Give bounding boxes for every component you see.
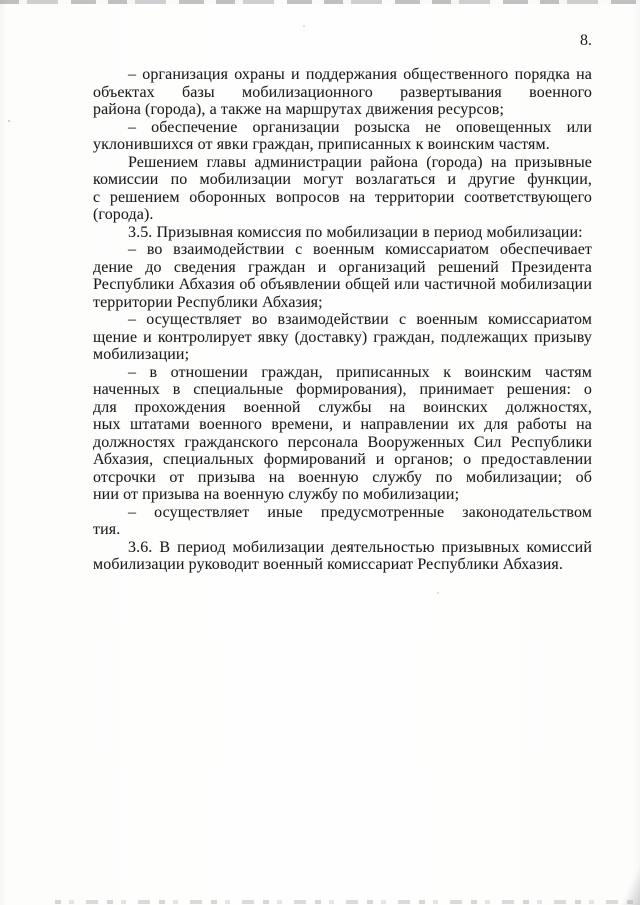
paragraph-bullet-notification: – во взаимодействии с военным комиссариа…: [93, 241, 592, 311]
scan-artifact-bottom-edge: [55, 900, 640, 904]
page-number: 8.: [93, 32, 592, 50]
text-line: – организация охраны и поддержания общес…: [93, 66, 592, 84]
text-line: 3.5. Призывная комиссия по мобилизации в…: [93, 224, 592, 242]
text-line: Решением главы администрации района (гор…: [93, 154, 592, 172]
text-line: тия.: [93, 521, 592, 539]
paragraph-section-3-5: 3.5. Призывная комиссия по мобилизации в…: [93, 224, 592, 242]
text-line: мобилизации;: [93, 346, 592, 364]
text-line: наченных в специальные формирования), пр…: [93, 381, 592, 399]
text-line: – обеспечение организации розыска не опо…: [93, 119, 592, 137]
text-line: района (города), а также на маршрутах дв…: [93, 101, 592, 119]
text-line: уклонившихся от явки граждан, приписанны…: [93, 136, 592, 154]
text-line: мобилизации руководит военный комиссариа…: [93, 556, 592, 574]
text-line: Абхазия, специальных формирований и орга…: [93, 451, 592, 469]
text-line: должностях гражданского персонала Вооруж…: [93, 434, 592, 452]
document-body: – организация охраны и поддержания общес…: [93, 66, 592, 574]
paragraph-administration-decision: Решением главы администрации района (гор…: [93, 154, 592, 224]
text-line: комиссии по мобилизации могут возлагатьс…: [93, 171, 592, 189]
scan-artifact-speck: [8, 120, 10, 122]
text-line: (города).: [93, 206, 592, 224]
text-line: дение до сведения граждан и организаций …: [93, 259, 592, 277]
paragraph-bullet-control: – осуществляет во взаимодействии с военн…: [93, 311, 592, 364]
text-line: с решением оборонных вопросов на террито…: [93, 189, 592, 207]
paragraph-bullet-security: – организация охраны и поддержания общес…: [93, 66, 592, 119]
text-line: территории Республики Абхазия;: [93, 294, 592, 312]
document-page: 8. – организация охраны и поддержания об…: [0, 0, 640, 905]
paragraph-section-3-6: 3.6. В период мобилизации деятельностью …: [93, 539, 592, 574]
paragraph-bullet-other-measures: – осуществляет иные предусмотренные зако…: [93, 504, 592, 539]
paragraph-bullet-decisions: – в отношении граждан, приписанных к вои…: [93, 364, 592, 504]
text-line: 3.6. В период мобилизации деятельностью …: [93, 539, 592, 557]
text-line: отсрочки от призыва на военную службу по…: [93, 469, 592, 487]
text-line: для прохождения военной службы на воинск…: [93, 399, 592, 417]
text-line: объектах базы мобилизационного развертыв…: [93, 84, 592, 102]
text-line: щение и контролирует явку (доставку) гра…: [93, 329, 592, 347]
scan-artifact-speck: [303, 25, 305, 27]
text-line: – в отношении граждан, приписанных к вои…: [93, 364, 592, 382]
text-line: – осуществляет во взаимодействии с военн…: [93, 311, 592, 329]
scan-artifact-top-edge: [0, 0, 640, 4]
text-line: – во взаимодействии с военным комиссариа…: [93, 241, 592, 259]
scan-artifact-speck: [437, 592, 439, 594]
paragraph-bullet-search: – обеспечение организации розыска не опо…: [93, 119, 592, 154]
text-line: Республики Абхазия об объявлении общей и…: [93, 276, 592, 294]
scan-artifact-corner: [610, 857, 640, 905]
text-line: – осуществляет иные предусмотренные зако…: [93, 504, 592, 522]
text-line: нии от призыва на военную службу по моби…: [93, 486, 592, 504]
text-line: ных штатами военного времени, и направле…: [93, 416, 592, 434]
